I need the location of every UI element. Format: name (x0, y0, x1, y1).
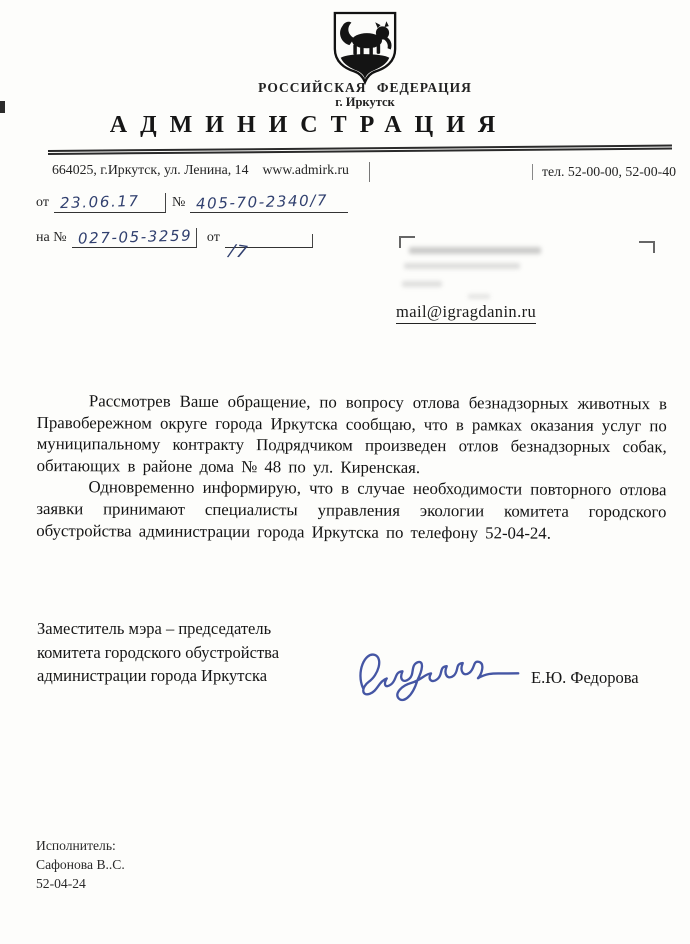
letterhead-country: РОССИЙСКАЯ ФЕДЕРАЦИЯ (40, 80, 690, 96)
recipient-email: mail@igragdanin.ru (396, 302, 536, 324)
letterhead-phone: тел. 52-00-00, 52-00-40 (532, 164, 676, 180)
redacted-recipient-line (402, 281, 442, 287)
signer-position: Заместитель мэра – председатель комитета… (37, 617, 279, 688)
signer-position-line: комитета городского обустройства (37, 641, 279, 665)
recipient-corner-mark-right (639, 241, 655, 253)
irkutsk-coat-of-arms-icon (330, 10, 400, 86)
reference-row-outgoing: от 23.06.17 № 405-70-2340/7 (36, 193, 348, 213)
scanned-letter-page: РОССИЙСКАЯ ФЕДЕРАЦИЯ г. Иркутск АДМИНИСТ… (0, 0, 690, 944)
date-field: 23.06.17 (54, 193, 166, 213)
redacted-recipient-line (468, 294, 490, 299)
reference-row-incoming: на № 027-05-3259 /7 от (36, 228, 313, 248)
reply-date-label: от (207, 230, 220, 248)
reply-label: на № (36, 230, 67, 248)
handwritten-number: 405-70-2340/7 (196, 191, 329, 213)
reply-number-field: 027-05-3259 /7 (72, 228, 197, 248)
body-paragraph-1: Рассмотрев Ваше обращение, по вопросу от… (37, 390, 667, 480)
redacted-recipient-line (409, 247, 541, 254)
number-label: № (172, 195, 185, 213)
letter-body: Рассмотрев Ваше обращение, по вопросу от… (36, 390, 667, 544)
executor-name: Сафонова В..С. (36, 855, 125, 874)
letterhead-org-title: АДМИНИСТРАЦИЯ (0, 112, 618, 139)
signer-position-line: администрации города Иркутска (37, 664, 279, 688)
redacted-recipient-line (404, 263, 520, 269)
handwritten-reply-number: 027-05-3259 (77, 226, 192, 247)
letterhead-address: 664025, г.Иркутск, ул. Ленина, 14 (52, 162, 248, 178)
letterhead-rule (48, 145, 672, 155)
letterhead-city: г. Иркутск (40, 95, 690, 110)
letterhead-address-row: 664025, г.Иркутск, ул. Ленина, 14 www.ad… (52, 162, 370, 182)
handwritten-date: 23.06.17 (60, 192, 140, 212)
executor-block: Исполнитель: Сафонова В..С. 52-04-24 (36, 836, 125, 893)
handwritten-signature (350, 638, 522, 706)
date-label: от (36, 195, 49, 213)
signer-position-line: Заместитель мэра – председатель (37, 617, 279, 641)
executor-label: Исполнитель: (36, 836, 125, 855)
handwritten-reply-suffix: /7 (227, 241, 249, 264)
body-paragraph-2: Одновременно информирую, что в случае не… (36, 476, 666, 544)
number-field: 405-70-2340/7 (190, 193, 348, 213)
signer-name: Е.Ю. Федорова (531, 668, 639, 688)
letterhead-website: www.admirk.ru (262, 162, 348, 178)
address-divider (369, 162, 370, 182)
executor-phone: 52-04-24 (36, 874, 125, 893)
